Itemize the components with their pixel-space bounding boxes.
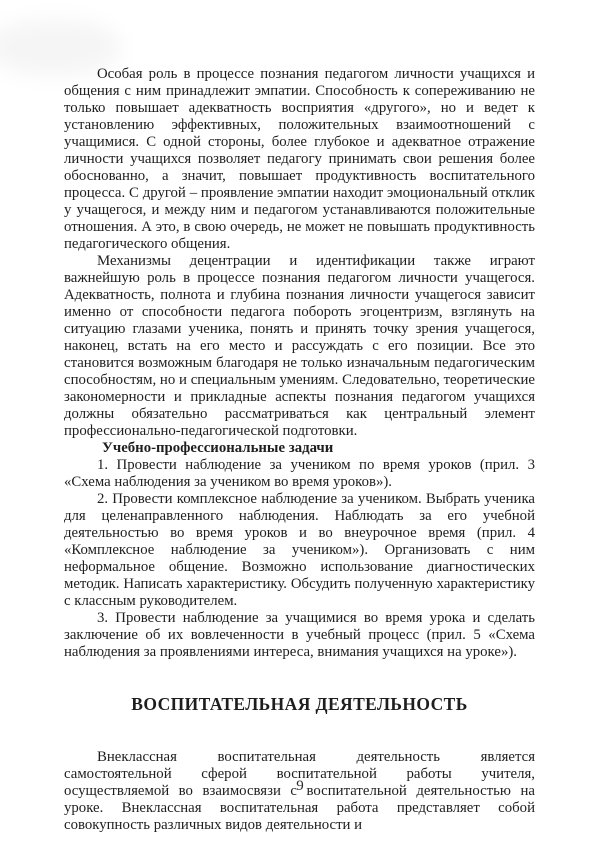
task-item-3: 3. Провести наблюдение за учащимися во в…: [64, 610, 535, 661]
subheading-professional-tasks: Учебно-профессиональные задачи: [64, 440, 535, 457]
task-item-2: 2. Провести комплексное наблюдение за уч…: [64, 491, 535, 610]
task-item-1: 1. Провести наблюдение за учеником по вр…: [64, 457, 535, 491]
paragraph-mechanisms: Механизмы децентрации и идентификации та…: [64, 253, 535, 440]
chapter-heading: ВОСПИТАТЕЛЬНАЯ ДЕЯТЕЛЬНОСТЬ: [64, 693, 535, 715]
page-number: 9: [0, 778, 600, 795]
paragraph-empathy: Особая роль в процессе познания педагого…: [64, 66, 535, 253]
document-page: Особая роль в процессе познания педагого…: [0, 0, 600, 849]
